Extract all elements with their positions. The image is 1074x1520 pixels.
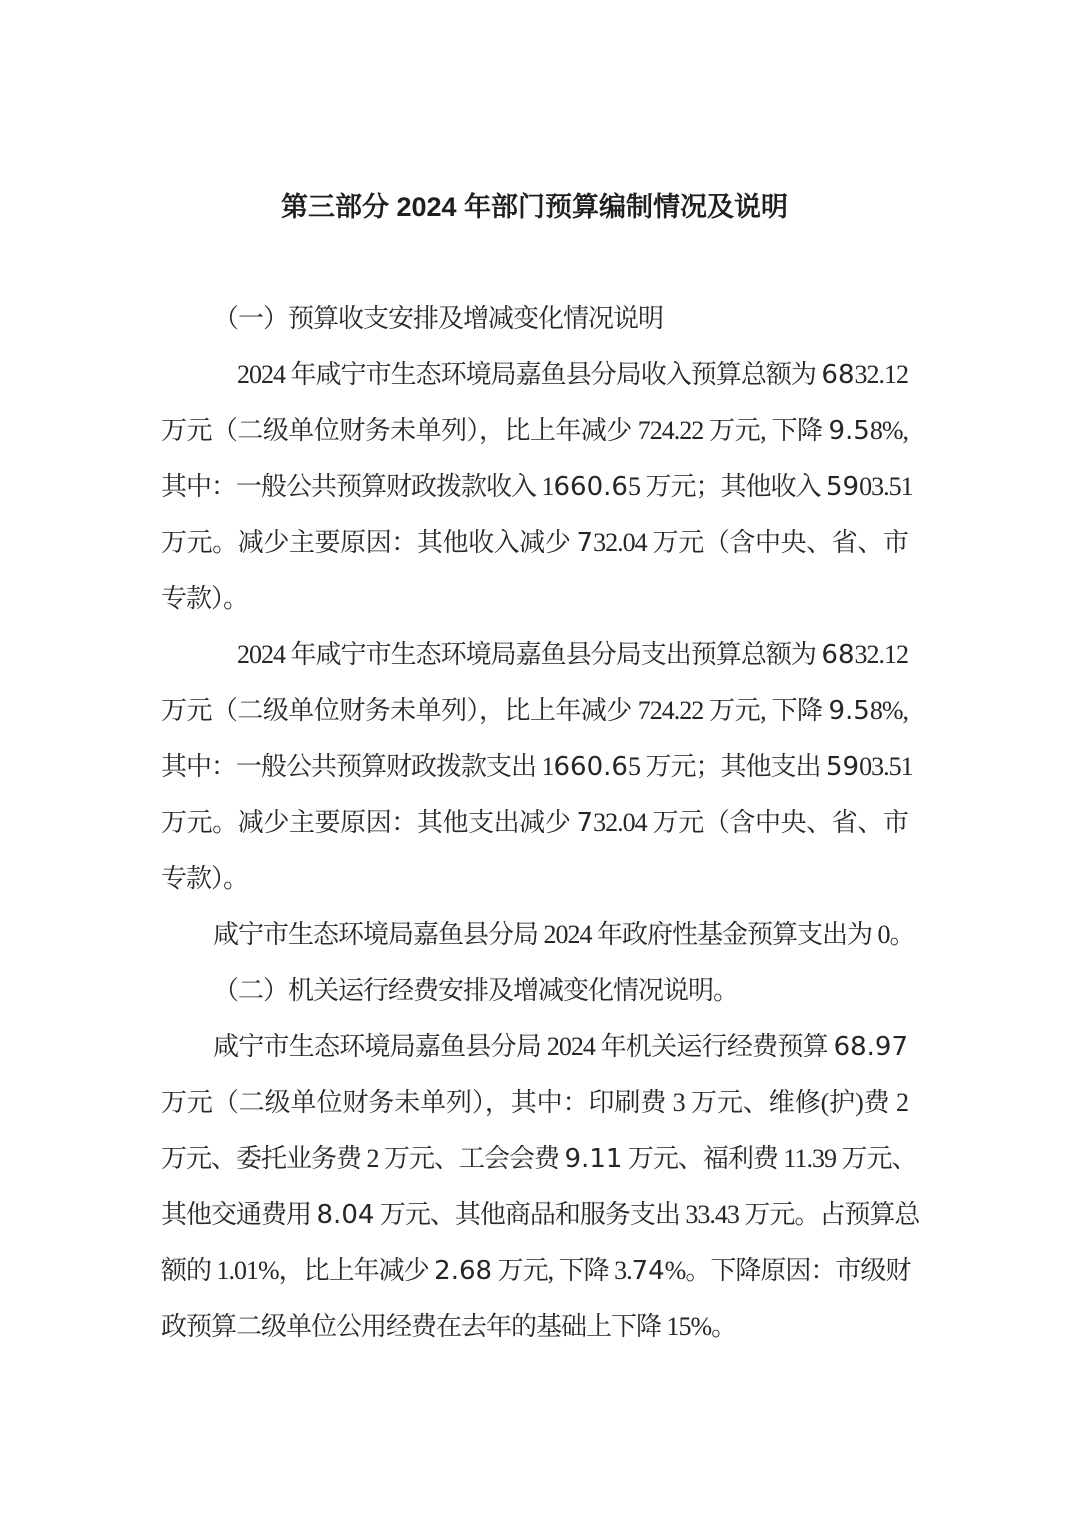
alt-font-number: 7 [577, 808, 594, 838]
text-run: 32.12 [855, 360, 909, 389]
text-run: 03.51 [859, 472, 913, 501]
text-run: 万元。减少主要原因：其他收入减少 [161, 528, 577, 557]
text-run: 2024 年咸宁市生态环境局嘉鱼县分局收入预算总额为 [237, 360, 821, 389]
text-run: 5 万元；其他支出 [628, 752, 826, 781]
text-run: 专款）。 [161, 584, 248, 613]
text-run: 万元（二级单位财务未单列），比上年减少 724.22 万元, 下降 [161, 416, 828, 445]
alt-font-number: 9.5 [828, 416, 869, 446]
text-run: 8%, [870, 696, 908, 725]
text-line: 额的 1.01%，比上年减少 2.68 万元, 下降 3.74%。下降原因：市级… [161, 1243, 908, 1299]
section-heading: （二）机关运行经费安排及增减变化情况说明。 [161, 963, 908, 1019]
text-run: 32.12 [855, 640, 909, 669]
alt-font-number: 68.97 [834, 1032, 908, 1062]
body-paragraph: 咸宁市生态环境局嘉鱼县分局 2024 年政府性基金预算支出为 0。 [161, 907, 908, 963]
alt-font-number: 9.11 [565, 1144, 623, 1174]
text-run: （一）预算收支安排及增减变化情况说明 [213, 304, 663, 333]
alt-font-number: 7 [577, 528, 594, 558]
text-line: 咸宁市生态环境局嘉鱼县分局 2024 年政府性基金预算支出为 0。 [161, 907, 908, 963]
text-line: （一）预算收支安排及增减变化情况说明 [161, 291, 908, 347]
alt-font-number: 2.68 [434, 1256, 492, 1286]
text-run: 8%, [870, 416, 908, 445]
document-page: 第三部分 2024 年部门预算编制情况及说明 （一）预算收支安排及增减变化情况说… [0, 0, 1074, 1520]
text-line: 其中：一般公共预算财政拨款收入 1660.65 万元；其他收入 5903.51 [161, 459, 908, 515]
text-run: 咸宁市生态环境局嘉鱼县分局 2024 年机关运行经费预算 [213, 1032, 834, 1061]
alt-font-number: 59 [826, 752, 859, 782]
text-run: 其中：一般公共预算财政拨款收入 1 [161, 472, 554, 501]
text-line: 政预算二级单位公用经费在去年的基础上下降 15%。 [161, 1299, 908, 1355]
text-line: 万元（二级单位财务未单列），比上年减少 724.22 万元, 下降 9.58%, [161, 683, 908, 739]
document-title: 第三部分 2024 年部门预算编制情况及说明 [161, 179, 908, 235]
text-run: 万元、其他商品和服务支出 33.43 万元。占预算总 [374, 1200, 919, 1229]
text-run: 万元、委托业务费 2 万元、工会会费 [161, 1144, 565, 1173]
text-line: 咸宁市生态环境局嘉鱼县分局 2024 年机关运行经费预算 68.97 [161, 1019, 908, 1075]
alt-font-number: 9.5 [828, 696, 869, 726]
text-line: 万元（二级单位财务未单列），比上年减少 724.22 万元, 下降 9.58%, [161, 403, 908, 459]
text-run: 万元。减少主要原因：其他支出减少 [161, 808, 577, 837]
text-run: %。下降原因：市级财 [665, 1256, 911, 1285]
alt-font-number: 68 [821, 360, 854, 390]
document-body: （一）预算收支安排及增减变化情况说明2024 年咸宁市生态环境局嘉鱼县分局收入预… [161, 291, 908, 1355]
alt-font-number: 8.04 [317, 1200, 375, 1230]
text-line: 专款）。 [161, 571, 908, 627]
text-line: 万元。减少主要原因：其他收入减少 732.04 万元（含中央、省、市 [161, 515, 908, 571]
text-run: 32.04 万元（含中央、省、市 [593, 808, 908, 837]
text-run: （二）机关运行经费安排及增减变化情况说明。 [213, 976, 738, 1005]
text-run: 万元（二级单位财务未单列），其中：印刷费 3 万元、维修(护)费 2 [161, 1088, 908, 1117]
text-run: 政预算二级单位公用经费在去年的基础上下降 15%。 [161, 1312, 736, 1341]
body-paragraph: 2024 年咸宁市生态环境局嘉鱼县分局收入预算总额为 6832.12万元（二级单… [161, 347, 908, 627]
text-run: 5 万元；其他收入 [628, 472, 826, 501]
text-line: （二）机关运行经费安排及增减变化情况说明。 [161, 963, 908, 1019]
text-run: 万元、福利费 11.39 万元、 [622, 1144, 916, 1173]
alt-font-number: 74 [632, 1256, 665, 1286]
text-line: 万元（二级单位财务未单列），其中：印刷费 3 万元、维修(护)费 2 [161, 1075, 908, 1131]
text-run: 专款）。 [161, 864, 248, 893]
text-line: 2024 年咸宁市生态环境局嘉鱼县分局支出预算总额为 6832.12 [161, 627, 908, 683]
body-paragraph: 2024 年咸宁市生态环境局嘉鱼县分局支出预算总额为 6832.12万元（二级单… [161, 627, 908, 907]
text-line: 其中：一般公共预算财政拨款支出 1660.65 万元；其他支出 5903.51 [161, 739, 908, 795]
alt-font-number: 660.6 [554, 472, 628, 502]
text-run: 万元（二级单位财务未单列），比上年减少 724.22 万元, 下降 [161, 696, 828, 725]
text-run: 32.04 万元（含中央、省、市 [593, 528, 908, 557]
text-run: 其中：一般公共预算财政拨款支出 1 [161, 752, 554, 781]
text-line: 万元、委托业务费 2 万元、工会会费 9.11 万元、福利费 11.39 万元、 [161, 1131, 908, 1187]
text-line: 专款）。 [161, 851, 908, 907]
text-run: 2024 年咸宁市生态环境局嘉鱼县分局支出预算总额为 [237, 640, 821, 669]
text-line: 万元。减少主要原因：其他支出减少 732.04 万元（含中央、省、市 [161, 795, 908, 851]
text-run: 万元, 下降 3. [492, 1256, 632, 1285]
text-run: 03.51 [859, 752, 913, 781]
text-line: 其他交通费用 8.04 万元、其他商品和服务支出 33.43 万元。占预算总 [161, 1187, 908, 1243]
text-run: 额的 1.01%，比上年减少 [161, 1256, 434, 1285]
section-heading: （一）预算收支安排及增减变化情况说明 [161, 291, 908, 347]
text-line: 2024 年咸宁市生态环境局嘉鱼县分局收入预算总额为 6832.12 [161, 347, 908, 403]
alt-font-number: 59 [826, 472, 859, 502]
alt-font-number: 68 [821, 640, 854, 670]
alt-font-number: 660.6 [554, 752, 628, 782]
body-paragraph: 咸宁市生态环境局嘉鱼县分局 2024 年机关运行经费预算 68.97万元（二级单… [161, 1019, 908, 1355]
text-run: 咸宁市生态环境局嘉鱼县分局 2024 年政府性基金预算支出为 0。 [213, 920, 915, 949]
text-run: 其他交通费用 [161, 1200, 317, 1229]
